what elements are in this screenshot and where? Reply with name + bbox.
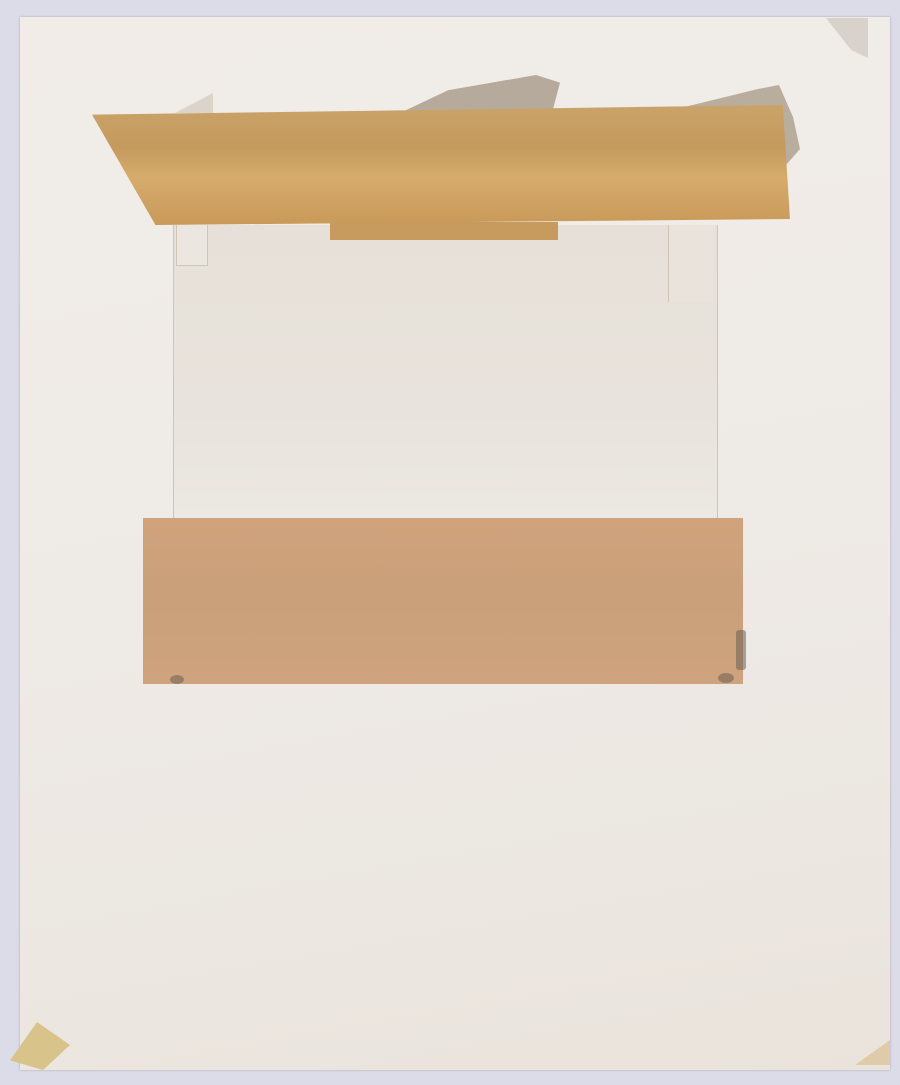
dirt-mark bbox=[718, 673, 734, 683]
bottom-kraft-tape bbox=[143, 518, 743, 684]
hinge-left bbox=[176, 225, 208, 266]
hinge-right bbox=[668, 225, 714, 302]
artwork-sheet bbox=[173, 225, 718, 520]
dirt-mark bbox=[736, 630, 746, 670]
top-masking-tape bbox=[92, 105, 797, 225]
top-tape-underlayer bbox=[330, 222, 558, 240]
dirt-mark bbox=[170, 675, 184, 684]
